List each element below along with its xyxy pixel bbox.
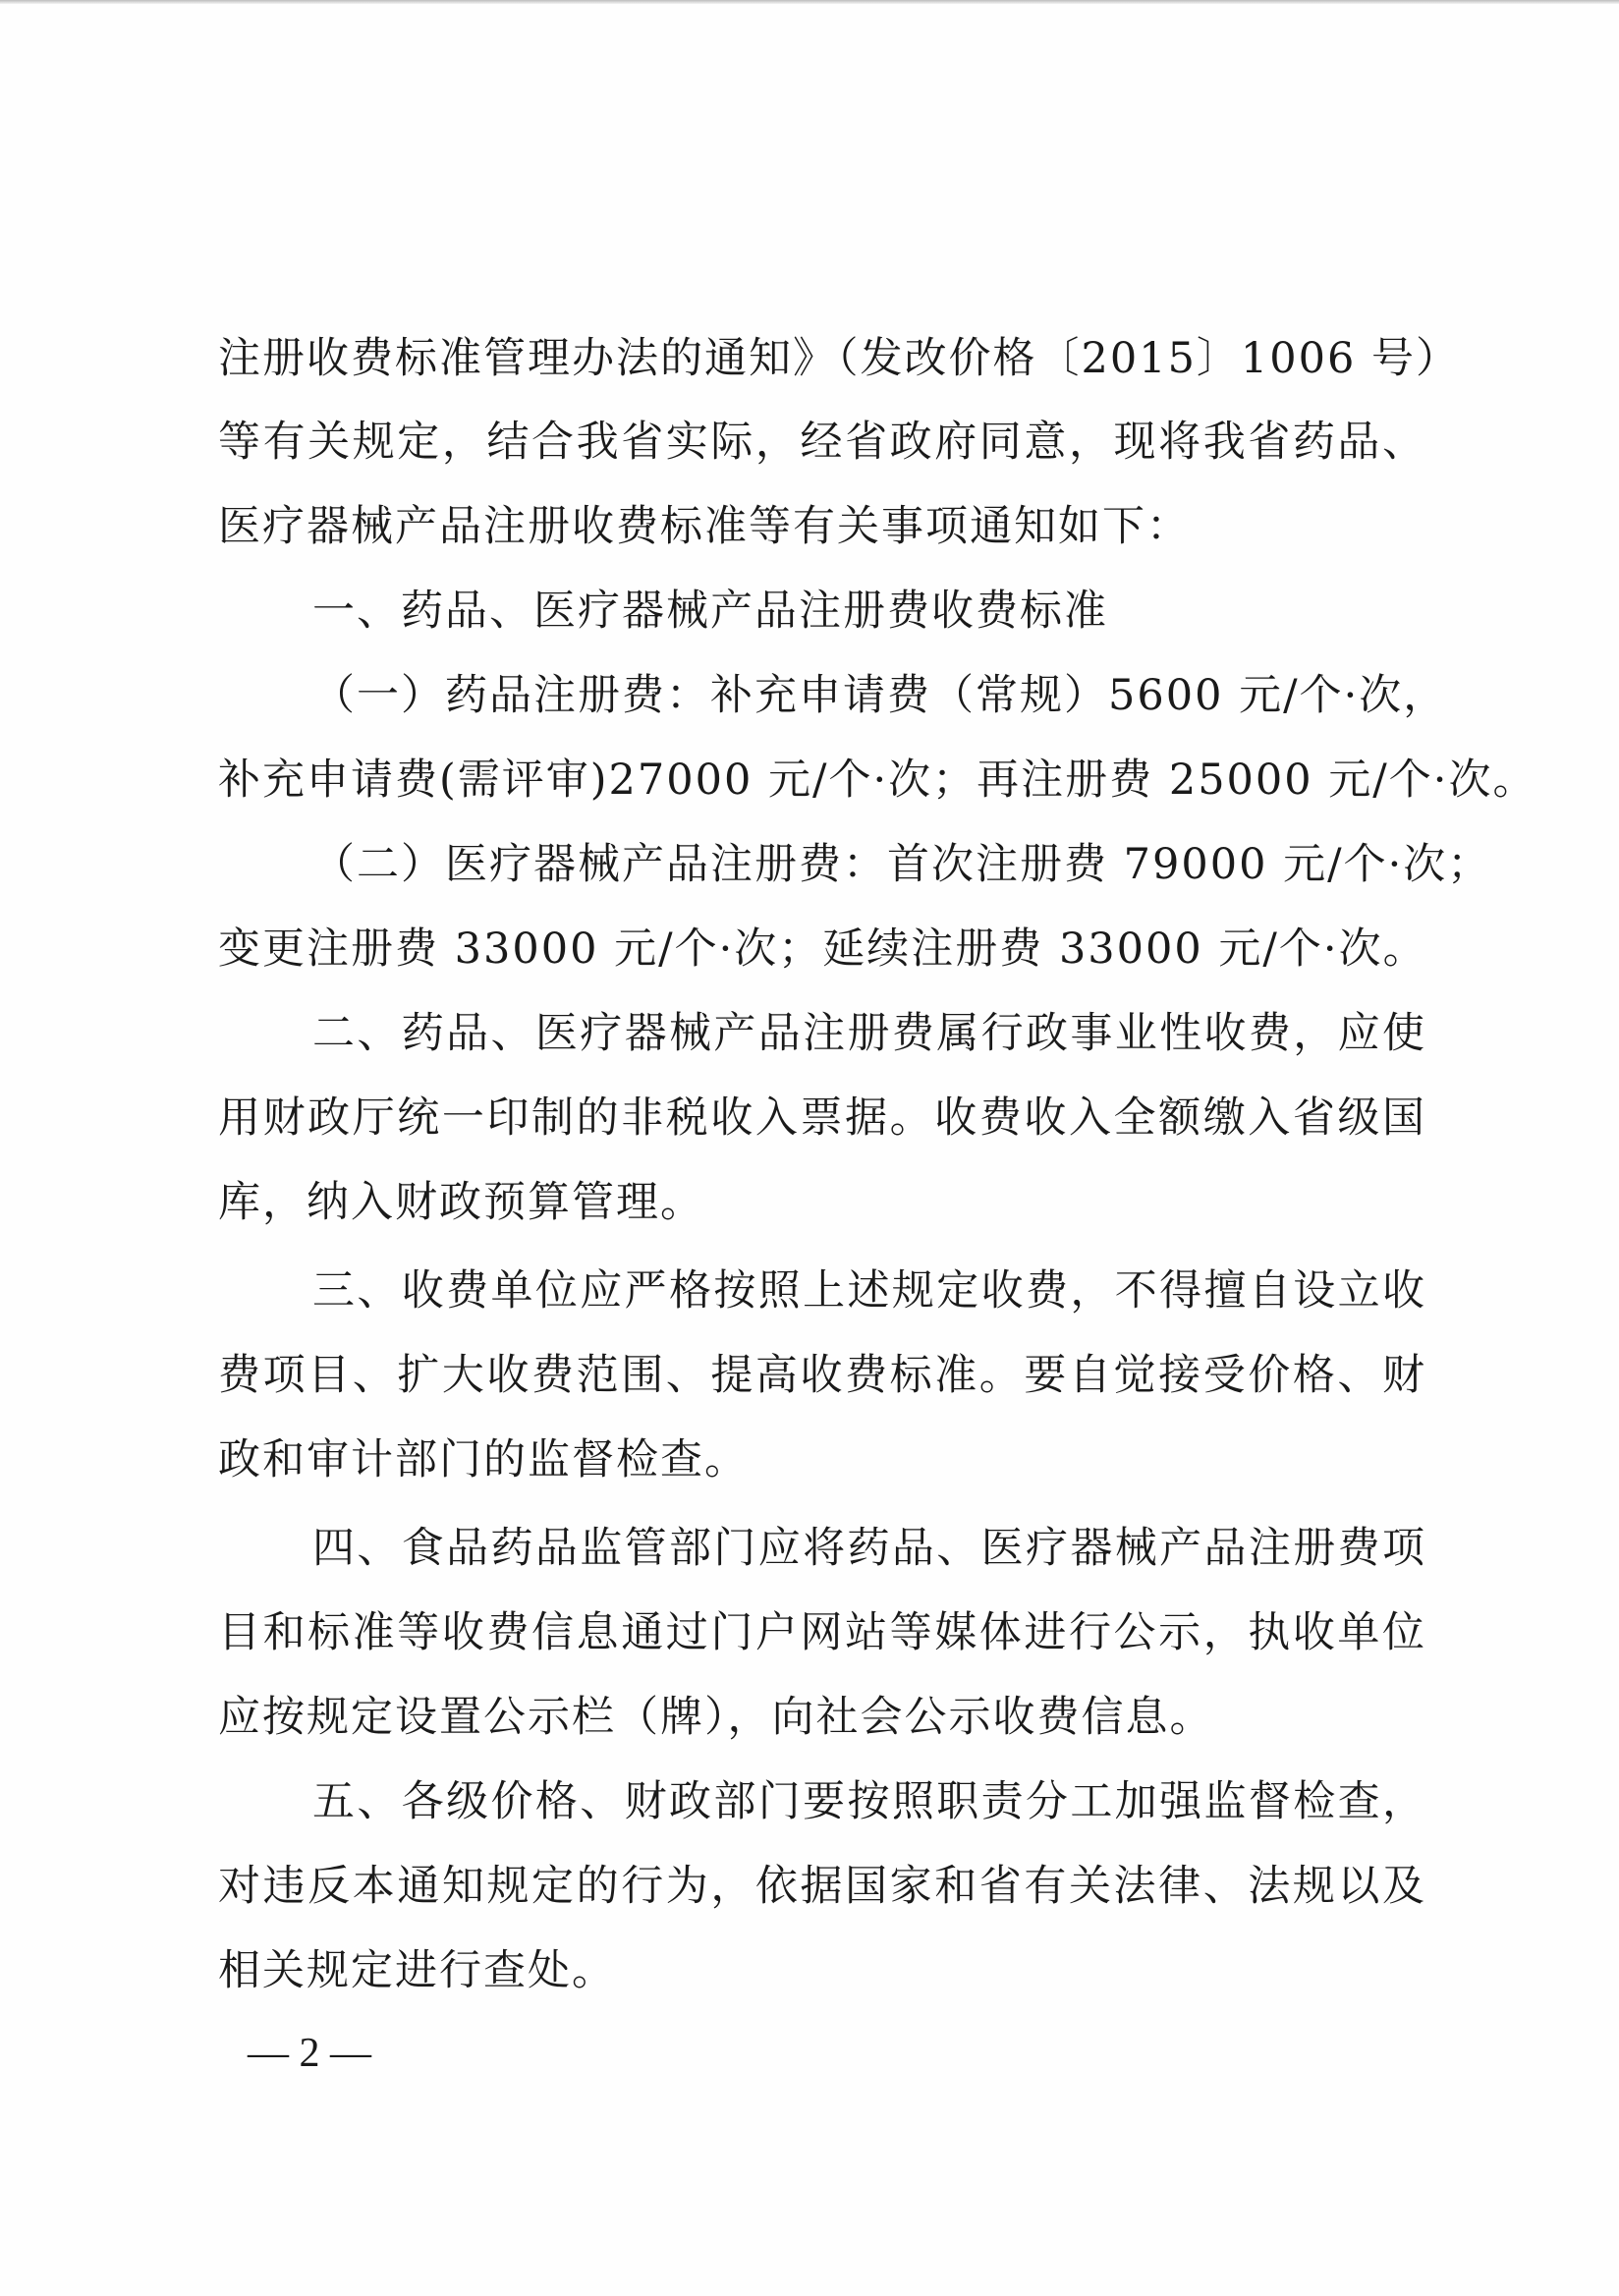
section-5-line-2: 对违反本通知规定的行为，依据国家和省有关法律、法规以及 <box>218 1857 1426 1916</box>
section-heading-1: 一、药品、医疗器械产品注册费收费标准 <box>312 582 1426 641</box>
section-2-line-1: 二、药品、医疗器械产品注册费属行政事业性收费，应使 <box>312 1004 1426 1063</box>
section-3-line-3: 政和审计部门的监督检查。 <box>218 1430 1426 1489</box>
section-3-line-1: 三、收费单位应严格按照上述规定收费，不得擅自设立收 <box>312 1261 1426 1320</box>
section-2-line-2: 用财政厅统一印制的非税收入票据。收费收入全额缴入省级国 <box>218 1089 1426 1148</box>
section-3-line-2: 费项目、扩大收费范围、提高收费标准。要自觉接受价格、财 <box>218 1346 1426 1405</box>
drug-fee-line-2: 补充申请费(需评审)27000 元/个·次；再注册费 25000 元/个·次。 <box>218 751 1426 810</box>
section-4-line-3: 应按规定设置公示栏（牌），向社会公示收费信息。 <box>218 1688 1426 1747</box>
drug-fee-line-1: （一）药品注册费：补充申请费（常规）5600 元/个·次， <box>312 666 1426 725</box>
section-4-line-1: 四、食品药品监管部门应将药品、医疗器械产品注册费项 <box>312 1519 1426 1578</box>
text-line-reference: 注册收费标准管理办法的通知》（发改价格〔2015〕1006 号） <box>218 329 1426 388</box>
document-page: 注册收费标准管理办法的通知》（发改价格〔2015〕1006 号） 等有关规定，结… <box>0 0 1619 2296</box>
section-5-line-3: 相关规定进行查处。 <box>218 1941 1426 2000</box>
device-fee-line-1: （二）医疗器械产品注册费：首次注册费 79000 元/个·次； <box>312 835 1426 894</box>
text-line-intro-1: 等有关规定，结合我省实际，经省政府同意，现将我省药品、 <box>218 413 1426 472</box>
section-2-line-3: 库，纳入财政预算管理。 <box>218 1173 1426 1232</box>
section-4-line-2: 目和标准等收费信息通过门户网站等媒体进行公示，执收单位 <box>218 1603 1426 1662</box>
scan-top-edge <box>0 0 1619 4</box>
section-5-line-1: 五、各级价格、财政部门要按照职责分工加强监督检查， <box>312 1772 1426 1831</box>
device-fee-line-2: 变更注册费 33000 元/个·次；延续注册费 33000 元/个·次。 <box>218 920 1426 979</box>
text-line-intro-2: 医疗器械产品注册收费标准等有关事项通知如下： <box>218 497 1426 556</box>
page-number: — 2 — <box>248 2026 371 2081</box>
